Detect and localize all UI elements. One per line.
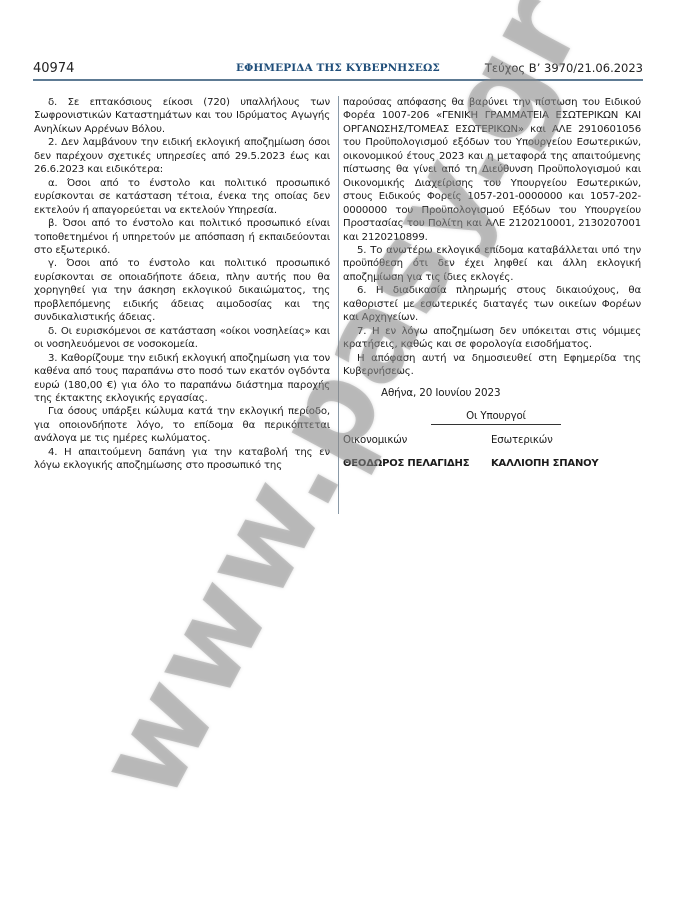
signatory-ministries: Οικονομικών Εσωτερικών [343, 434, 641, 447]
paragraph-continuation: παρούσας απόφασης θα βαρύνει την πίστωση… [343, 96, 641, 244]
issue-reference: Τεύχος Β’ 3970/21.06.2023 [485, 61, 643, 75]
ministry-label: Εσωτερικών [491, 434, 553, 447]
paragraph: Για όσους υπάρξει κώλυμα κατά την εκλογι… [34, 405, 330, 445]
page-header: 40974 ΕΦΗΜΕΡΙΔΑ ΤΗΣ ΚΥΒΕΡΝΗΣΕΩΣ Τεύχος Β… [33, 59, 643, 81]
left-column: δ. Σε επτακόσιους είκοσι (720) υπαλλήλου… [34, 96, 330, 473]
paragraph: 5. Το ανωτέρω εκλογικό επίδομα καταβάλλε… [343, 244, 641, 284]
paragraph: 6. Η διαδικασία πληρωμής στους δικαιούχο… [343, 284, 641, 324]
column-divider [338, 96, 339, 514]
paragraph: 2. Δεν λαμβάνουν την ειδική εκλογική απο… [34, 136, 330, 176]
paragraph: δ. Σε επτακόσιους είκοσι (720) υπαλλήλου… [34, 96, 330, 136]
paragraph: β. Όσοι από το ένστολο και πολιτικό προσ… [34, 217, 330, 257]
paragraph: δ. Οι ευρισκόμενοι σε κατάσταση «οίκοι ν… [34, 325, 330, 352]
signatory-name: ΚΑΛΛΙΟΠΗ ΣΠΑΝΟΥ [491, 457, 598, 470]
paragraph: α. Όσοι από το ένστολο και πολιτικό προσ… [34, 177, 330, 217]
place-date: Αθήνα, 20 Ιουνίου 2023 [343, 387, 641, 400]
paragraph: Η απόφαση αυτή να δημοσιευθεί στη Εφημερ… [343, 352, 641, 379]
ministers-heading: Οι Υπουργοί [431, 410, 561, 425]
right-column: παρούσας απόφασης θα βαρύνει την πίστωση… [343, 96, 641, 470]
paragraph: γ. Όσοι από το ένστολο και πολιτικό προσ… [34, 257, 330, 324]
paragraph: 3. Καθορίζουμε την ειδική εκλογική αποζη… [34, 352, 330, 406]
paragraph: 4. Η απαιτούμενη δαπάνη για την καταβολή… [34, 446, 330, 473]
ministry-label: Οικονομικών [343, 434, 491, 447]
paragraph: 7. Η εν λόγω αποζημίωση δεν υπόκειται στ… [343, 325, 641, 352]
signatory-names: ΘΕΟΔΩΡΟΣ ΠΕΛΑΓΙΔΗΣ ΚΑΛΛΙΟΠΗ ΣΠΑΝΟΥ [343, 457, 641, 470]
signatory-name: ΘΕΟΔΩΡΟΣ ΠΕΛΑΓΙΔΗΣ [343, 457, 491, 470]
gazette-page: 40974 ΕΦΗΜΕΡΙΔΑ ΤΗΣ ΚΥΒΕΡΝΗΣΕΩΣ Τεύχος Β… [0, 0, 680, 906]
